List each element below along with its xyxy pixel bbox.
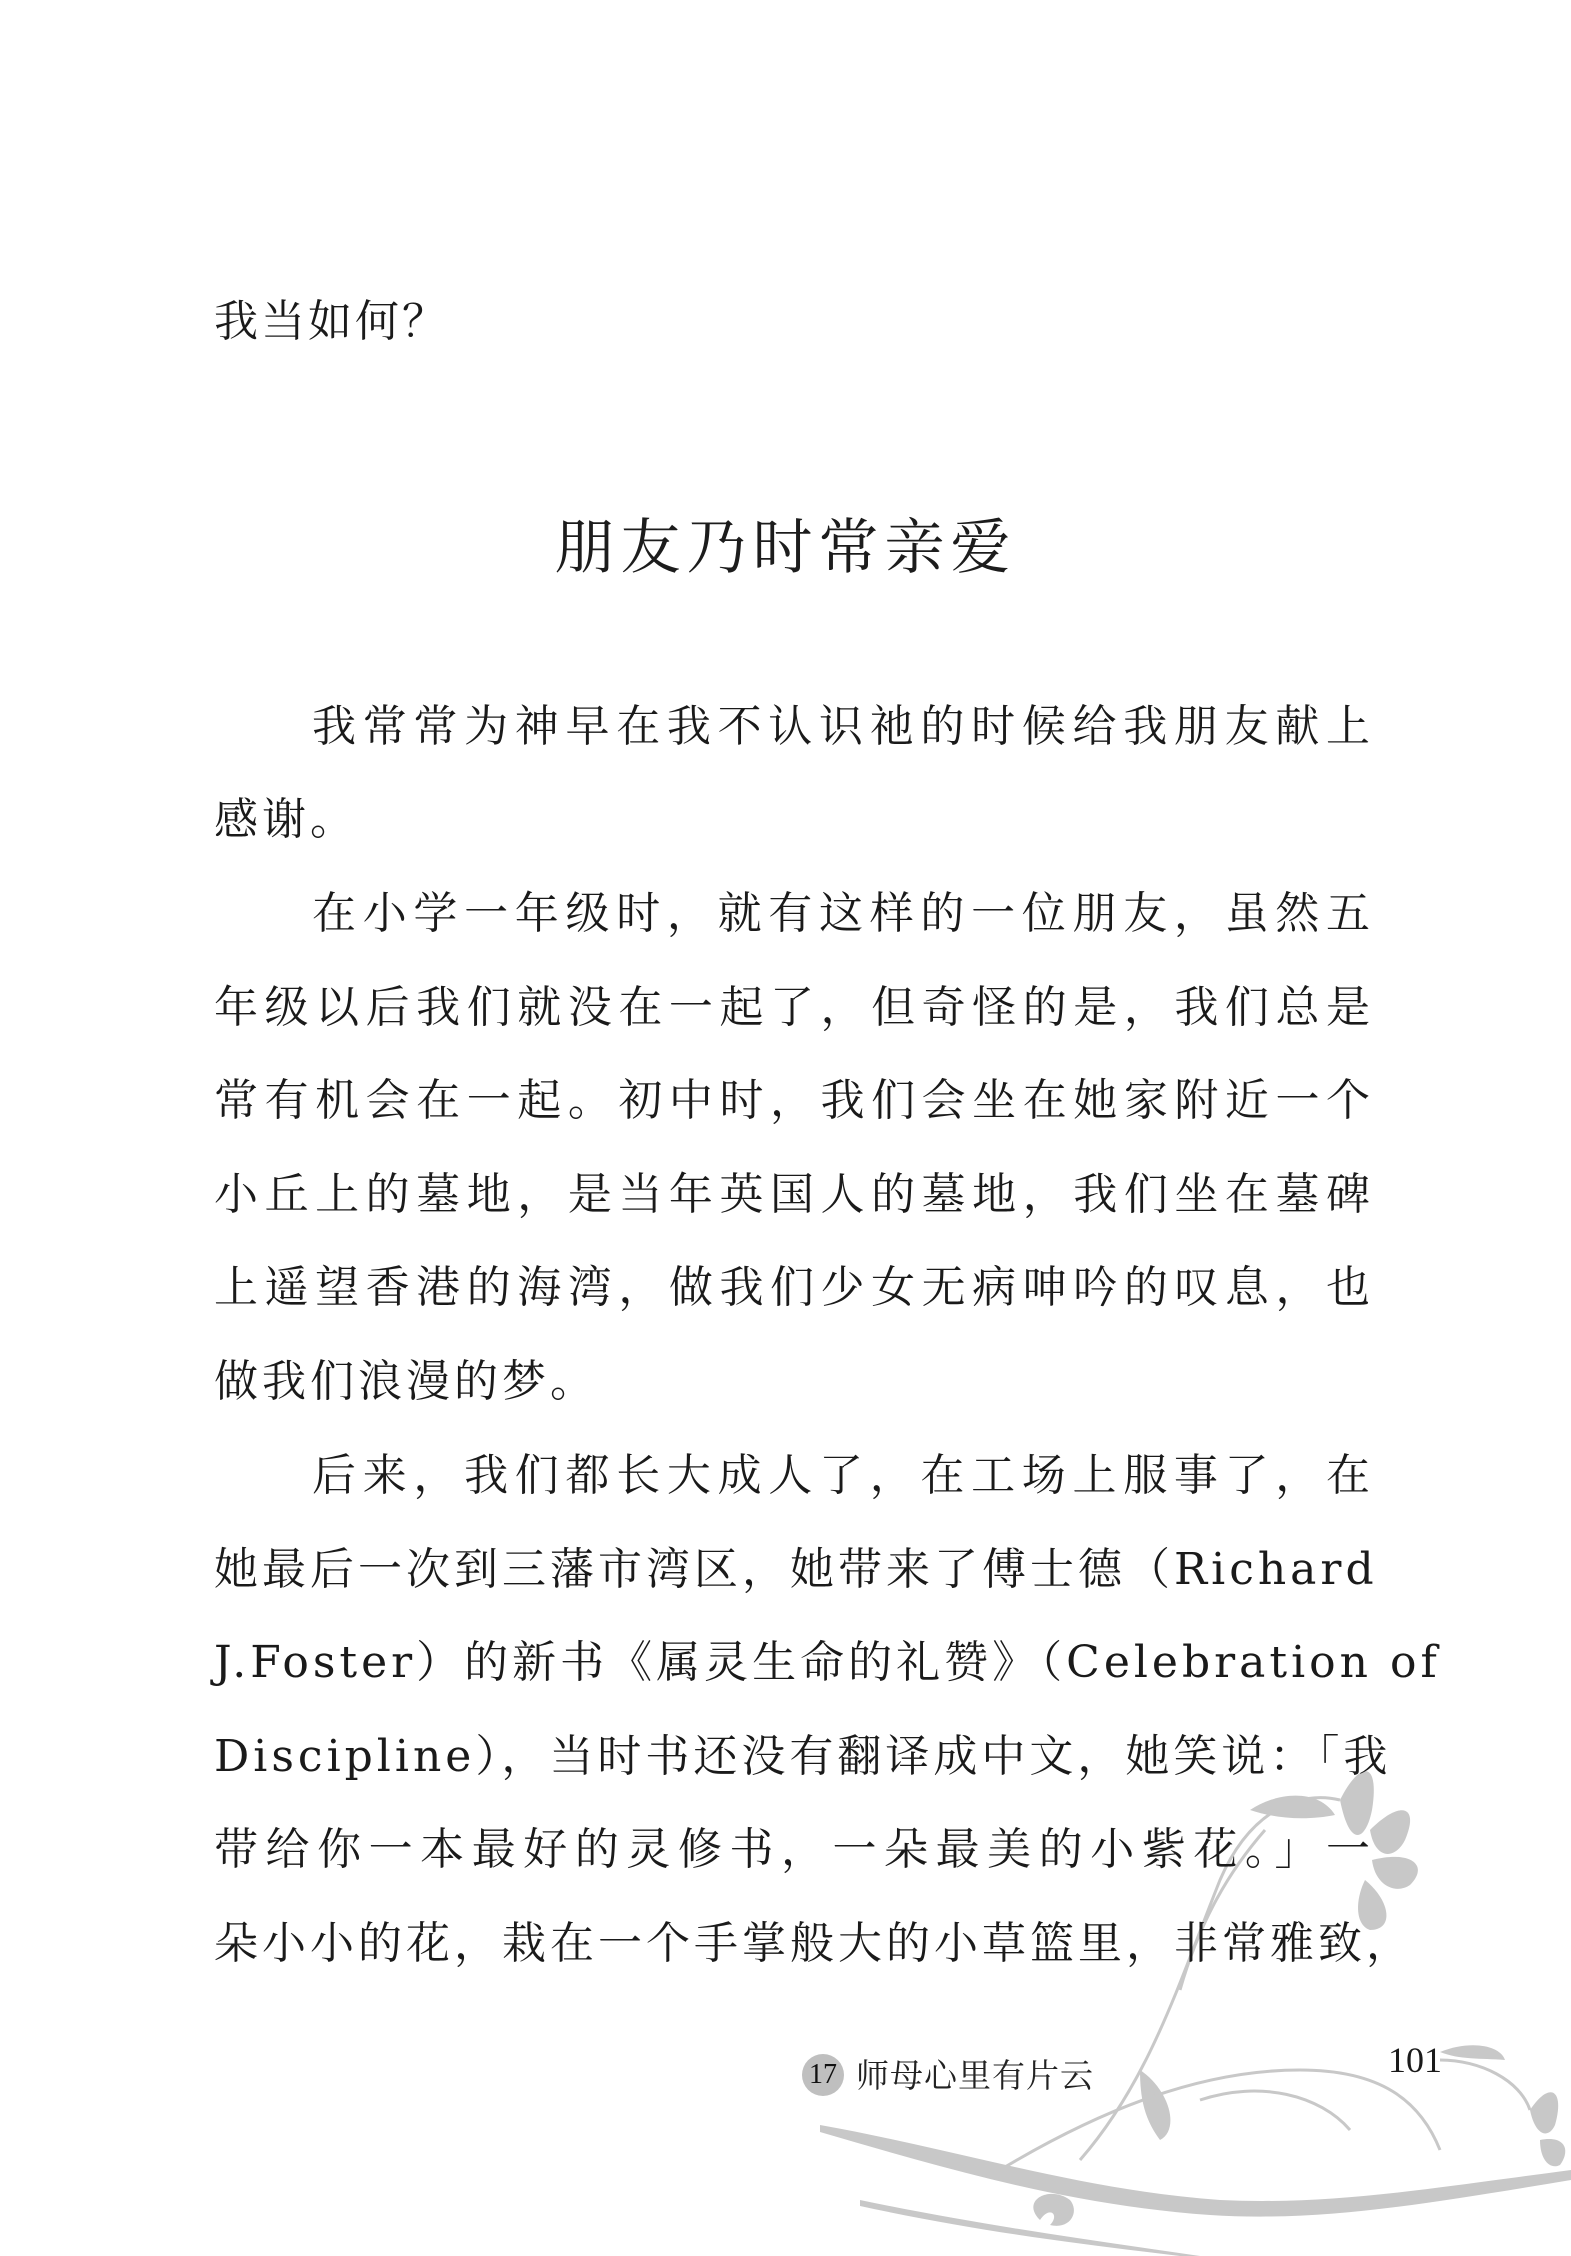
body-line: 我常常为神早在我不认识祂的时候给我朋友献上: [312, 697, 1374, 757]
body-line: 后来，我们都长大成人了，在工场上服事了，在: [312, 1446, 1374, 1506]
body-line: 上遥望香港的海湾，做我们少女无病呻吟的叹息，也: [214, 1258, 1374, 1318]
section-title: 朋友乃时常亲爱: [0, 508, 1571, 588]
body-line: 做我们浪漫的梦。: [214, 1352, 1374, 1412]
body-line: Discipline），当时书还没有翻译成中文，她笑说：「我: [214, 1727, 1374, 1787]
body-line: 小丘上的墓地，是当年英国人的墓地，我们坐在墓碑: [214, 1165, 1374, 1225]
body-line: 在小学一年级时，就有这样的一位朋友，虽然五: [312, 884, 1374, 944]
running-footer-title: 师母心里有片云: [856, 2054, 1094, 2098]
body-line: 常有机会在一起。初中时，我们会坐在她家附近一个: [214, 1071, 1374, 1131]
chapter-number-badge: 17: [802, 2054, 844, 2096]
body-line: 感谢。: [214, 790, 1374, 850]
book-page: 我当如何？ 朋友乃时常亲爱 我常常为神早在我不认识祂的时候给我朋友献上 感谢。 …: [0, 0, 1571, 2256]
body-line: J.Foster）的新书《属灵生命的礼赞》（Celebration of: [214, 1633, 1374, 1693]
body-line: 她最后一次到三藩市湾区，她带来了傅士德（Richard: [214, 1540, 1374, 1600]
body-line: 朵小小的花，栽在一个手掌般大的小草篮里，非常雅致，: [214, 1914, 1374, 1974]
body-line: 年级以后我们就没在一起了，但奇怪的是，我们总是: [214, 978, 1374, 1038]
lead-line: 我当如何？: [214, 292, 449, 352]
body-line: 带给你一本最好的灵修书，一朵最美的小紫花。」一: [214, 1820, 1374, 1880]
page-number: 101: [1388, 2038, 1442, 2082]
